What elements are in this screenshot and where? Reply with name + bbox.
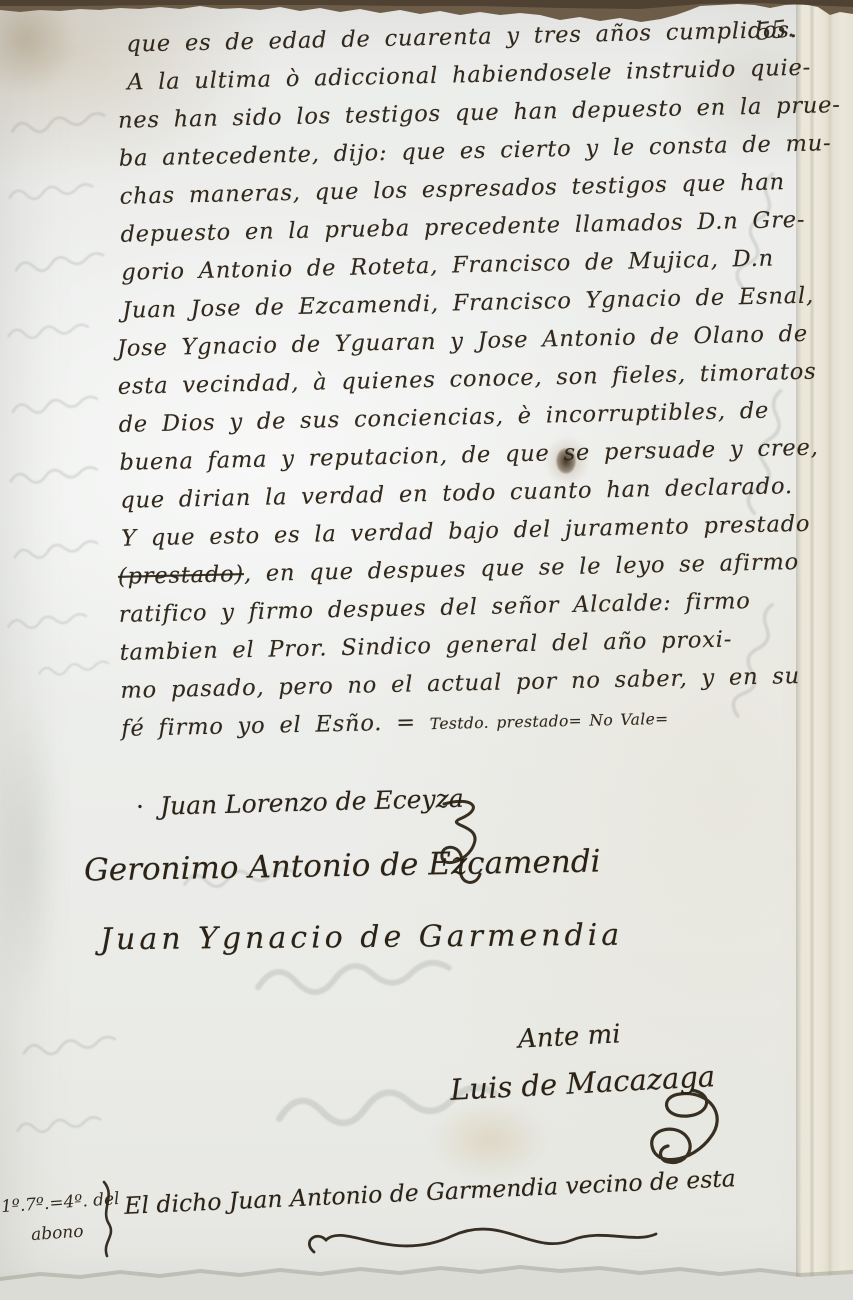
- line-continuation: , en que despues que se le leyo se afirm…: [244, 549, 800, 587]
- body-text: que es de edad de cuarenta y tres años c…: [106, 11, 816, 750]
- document-page: 55. que es de edad de cuarenta y tres añ…: [0, 0, 853, 1300]
- bleedthrough-ink: [13, 1111, 114, 1140]
- signature-juan-lorenzo-de-eceyza: ·Juan Lorenzo de Eceyza: [136, 784, 464, 822]
- signature-juan-ygnacio-de-garmendia: Juan Ygnacio de Garmendia: [100, 918, 623, 958]
- bleedthrough-ink: [10, 534, 112, 566]
- signature-geronimo-antonio-de-ezcamendi: Geronimo Antonio de Ezcamendi: [84, 843, 601, 888]
- paper-stain: [0, 690, 60, 1010]
- struck-word: (prestado): [118, 561, 245, 590]
- bleedthrough-ink: [19, 1029, 131, 1062]
- bleedthrough-ink: [11, 246, 119, 280]
- bleedthrough-ink: [4, 319, 101, 345]
- margin-bracket-icon: [96, 1180, 120, 1258]
- ante-mi-label: Ante mi: [517, 1019, 621, 1054]
- bleedthrough-ink: [8, 390, 112, 421]
- bleedthrough-ink: [6, 461, 111, 491]
- bleedthrough-ink: [5, 178, 106, 207]
- bleedthrough-ink: [4, 608, 99, 635]
- signature-name: Juan Lorenzo de Eceyza: [160, 784, 464, 821]
- bleedthrough-ink: [7, 105, 121, 141]
- closing-line-note: Testdo. prestado= No Vale=: [430, 710, 669, 733]
- bleedthrough-ink: [35, 656, 120, 681]
- footer-flourish-icon: [300, 1212, 670, 1270]
- closing-line-main: fé firmo yo el Esño. =: [121, 709, 416, 741]
- bleedthrough-ink: [249, 949, 481, 1007]
- ink-dot: ·: [136, 792, 145, 821]
